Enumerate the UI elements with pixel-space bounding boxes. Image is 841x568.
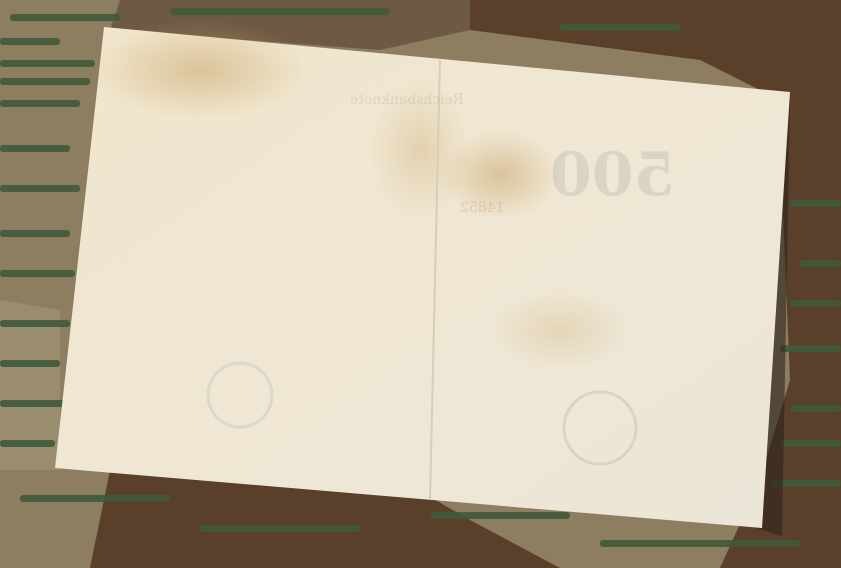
banknote: Reichsbanknote 14852 500 bbox=[0, 0, 841, 568]
show-through-serial: 14852 bbox=[460, 200, 505, 216]
show-through-numeral: 500 bbox=[550, 140, 675, 210]
show-through-heading: Reichsbanknote bbox=[350, 92, 464, 108]
banknote-paper bbox=[0, 0, 841, 568]
